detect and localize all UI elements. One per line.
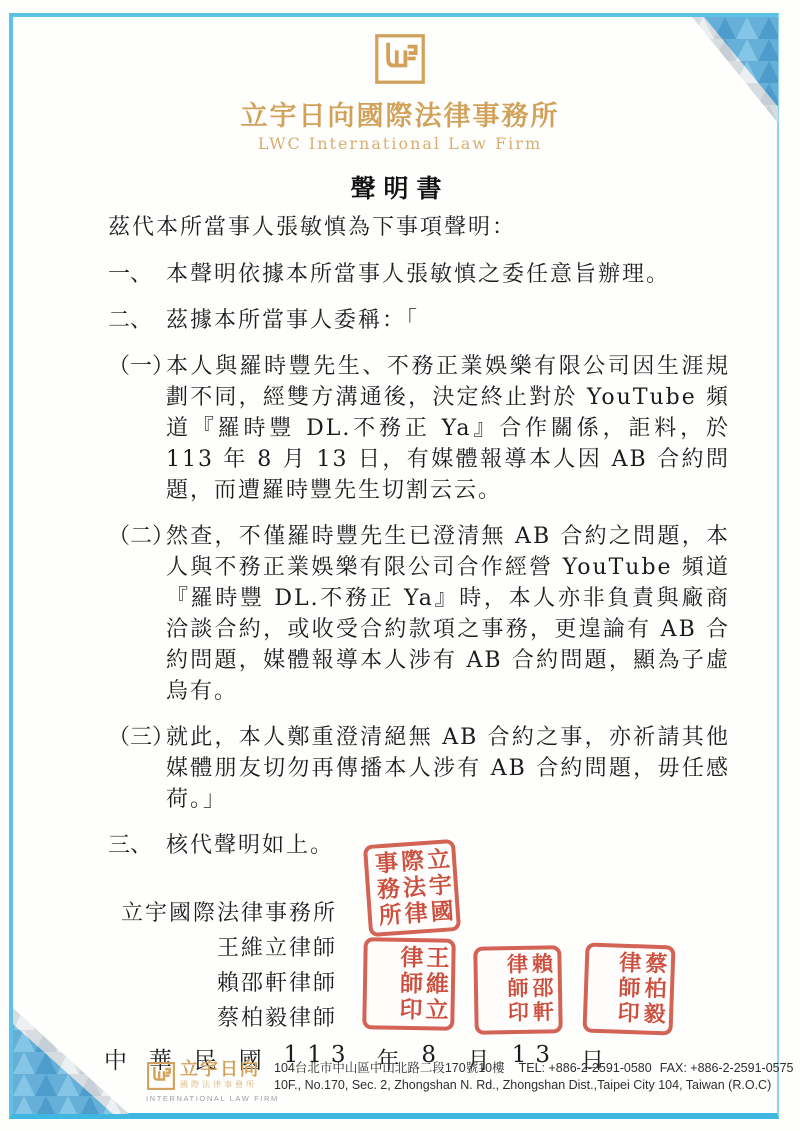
firm-name-en: LWC International Law Firm [0,134,800,153]
lawyer-seal-stamp-wang: 王維立律師印 [362,937,456,1031]
address-zh: 104台北市中山區中山北路二段170號10樓 [274,1061,505,1075]
statement-item-2-2: （二） 然查，不僅羅時豐先生已澄清無 AB 合約之問題，本人與不務正業娛樂有限公… [108,521,730,707]
phone-number: TEL: +886-2-2591-0580 [519,1061,652,1075]
lawyer-seal-stamp-tsai: 蔡柏毅律師印 [582,942,675,1035]
footer-firm-name-zh: 立宇日向 [180,1060,260,1080]
item-text: 核代聲明如上。 [166,833,334,858]
statement-item-2-3: （三） 就此，本人鄭重澄清絕無 AB 合約之事，亦祈請其他媒體朋友切勿再傳播本人… [108,722,730,815]
footer-logo: 立宇日向 國際法律事務所 INTERNATIONAL LAW FIRM [146,1060,264,1103]
statement-item-2: 二、 茲據本所當事人委稱：「 [108,305,730,336]
item-marker: 二、 [108,305,152,336]
item-text: 本人與羅時豐先生、不務正業娛樂有限公司因生涯規劃不同，經雙方溝通後，決定終止對於… [166,354,730,503]
fax-number: FAX: +886-2-2591-0575 [660,1061,794,1075]
statement-document: 立宇日向國際法律事務所 LWC International Law Firm 聲… [0,0,800,1131]
firm-seal-stamp: 立宇國際法律事務所 [363,839,461,937]
firm-name-zh: 立宇日向國際法律事務所 [0,94,800,133]
letterhead: 立宇日向國際法律事務所 LWC International Law Firm 聲… [0,30,800,205]
item-text: 茲據本所當事人委稱：「 [166,308,419,333]
intro-line: 茲代本所當事人張敏慎為下事項聲明： [108,212,730,243]
statement-body: 茲代本所當事人張敏慎為下事項聲明： 一、 本聲明依據本所當事人張敏慎之委任意旨辦… [108,212,730,861]
footer-firm-name-en: INTERNATIONAL LAW FIRM [146,1094,264,1103]
item-marker: 一、 [108,259,152,290]
footer-address: 104台北市中山區中山北路二段170號10樓TEL: +886-2-2591-0… [274,1060,794,1094]
item-marker: 三、 [108,830,152,861]
item-text: 然查，不僅羅時豐先生已澄清無 AB 合約之問題，本人與不務正業娛樂有限公司合作經… [166,524,730,704]
date-char: 中 [104,1042,127,1075]
statement-item-2-1: （一） 本人與羅時豐先生、不務正業娛樂有限公司因生涯規劃不同，經雙方溝通後，決定… [108,351,730,506]
item-marker: （三） [108,722,174,753]
item-text: 本聲明依據本所當事人張敏慎之委任意旨辦理。 [166,262,670,287]
signature-block: 立宇國際法律事務所 王維立律師 賴邵軒律師 蔡柏毅律師 [115,896,337,1036]
lawyer-name-3: 蔡柏毅律師 [115,1001,337,1036]
item-marker: （一） [108,351,174,382]
address-line-2: 10F., No.170, Sec. 2, Zhongshan N. Rd., … [274,1077,794,1094]
document-title: 聲明書 [0,169,800,205]
footer-firm-sub-zh: 國際法律事務所 [180,1080,260,1090]
signing-firm-name: 立宇國際法律事務所 [115,896,337,931]
lawyer-name-1: 王維立律師 [115,931,337,966]
lwc-logo-icon [373,30,427,88]
lawyer-seal-stamp-lai: 賴邵軒律師印 [473,945,563,1035]
statement-item-1: 一、 本聲明依據本所當事人張敏慎之委任意旨辦理。 [108,259,730,290]
item-marker: （二） [108,521,174,552]
footer: 立宇日向 國際法律事務所 INTERNATIONAL LAW FIRM 104台… [146,1060,794,1103]
address-en: 10F., No.170, Sec. 2, Zhongshan N. Rd., … [274,1078,771,1092]
lwc-logo-small-icon [146,1060,176,1092]
item-text: 就此，本人鄭重澄清絕無 AB 合約之事，亦祈請其他媒體朋友切勿再傳播本人涉有 A… [166,725,730,812]
lawyer-name-2: 賴邵軒律師 [115,966,337,1001]
address-line-1: 104台北市中山區中山北路二段170號10樓TEL: +886-2-2591-0… [274,1060,794,1077]
